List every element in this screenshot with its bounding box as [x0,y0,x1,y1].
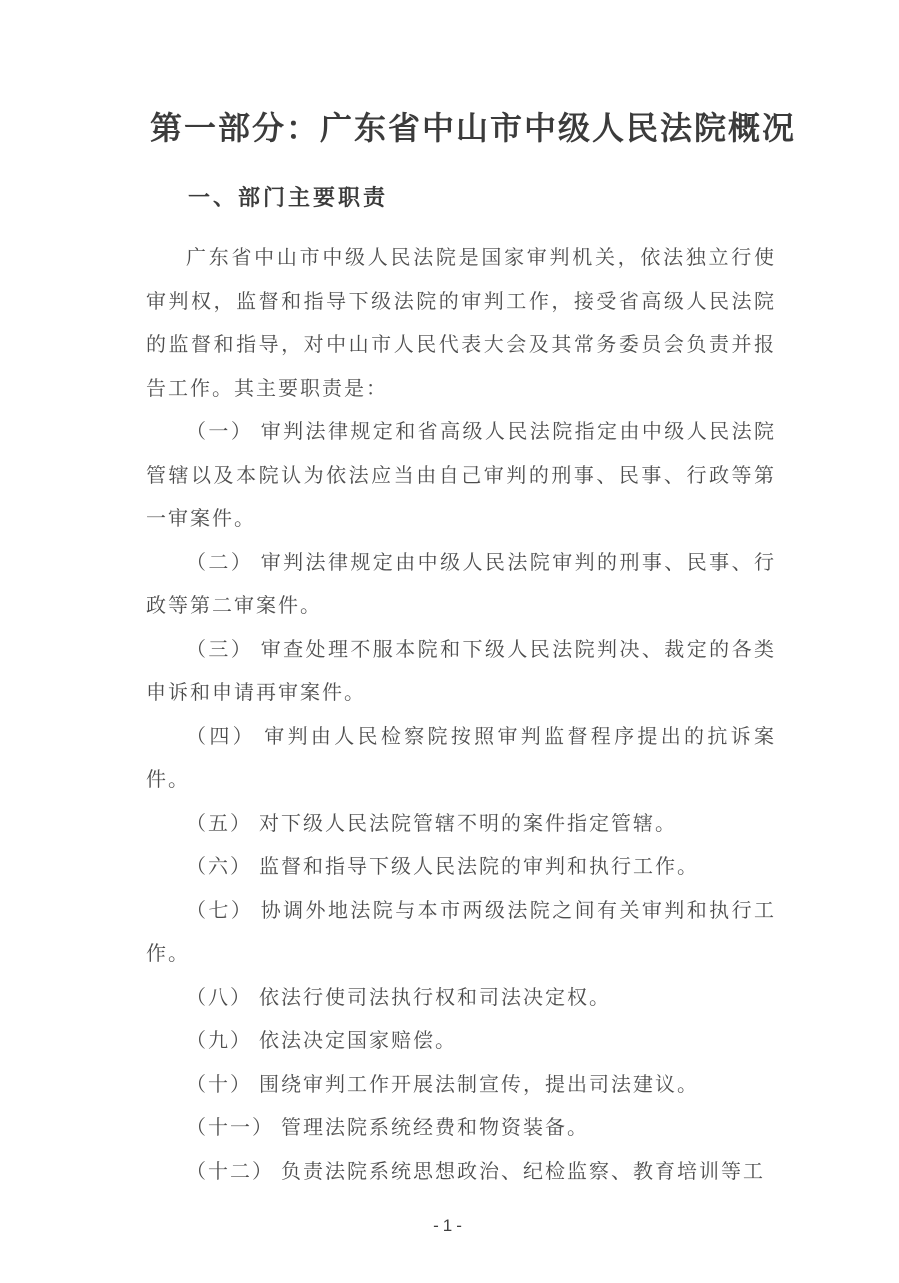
duty-item-4: （四） 审判由人民检察院按照审判监督程序提出的抗诉案件。 [146,716,776,803]
duty-item-9: （九） 依法决定国家赔偿。 [146,1020,776,1064]
document-page: 第一部分：广东省中山市中级人民法院概况 一、部门主要职责 广东省中山市中级人民法… [0,0,899,1283]
page-title: 第一部分：广东省中山市中级人民法院概况 [150,104,899,152]
duty-item-10: （十） 围绕审判工作开展法制宣传，提出司法建议。 [146,1064,776,1108]
duty-item-2: （二） 审判法律规定由中级人民法院审判的刑事、民事、行政等第二审案件。 [146,542,776,629]
duty-item-5: （五） 对下级人民法院管辖不明的案件指定管辖。 [146,803,776,847]
duty-item-12: （十二） 负责法院系统思想政治、纪检监察、教育培训等工 [146,1151,776,1195]
page-number: -1- [0,1216,899,1236]
intro-paragraph: 广东省中山市中级人民法院是国家审判机关，依法独立行使审判权，监督和指导下级法院的… [146,237,776,411]
section-heading: 一、部门主要职责 [188,183,899,213]
duty-item-1: （一） 审判法律规定和省高级人民法院指定由中级人民法院管辖以及本院认为依法应当由… [146,411,776,542]
body-text-block: 广东省中山市中级人民法院是国家审判机关，依法独立行使审判权，监督和指导下级法院的… [146,237,776,1194]
duty-item-3: （三） 审查处理不服本院和下级人民法院判决、裁定的各类申诉和申请再审案件。 [146,629,776,716]
duty-item-6: （六） 监督和指导下级人民法院的审判和执行工作。 [146,846,776,890]
duty-item-8: （八） 依法行使司法执行权和司法决定权。 [146,977,776,1021]
duties-list: （一） 审判法律规定和省高级人民法院指定由中级人民法院管辖以及本院认为依法应当由… [146,411,776,1194]
duty-item-11: （十一） 管理法院系统经费和物资装备。 [146,1107,776,1151]
duty-item-7: （七） 协调外地法院与本市两级法院之间有关审判和执行工作。 [146,890,776,977]
